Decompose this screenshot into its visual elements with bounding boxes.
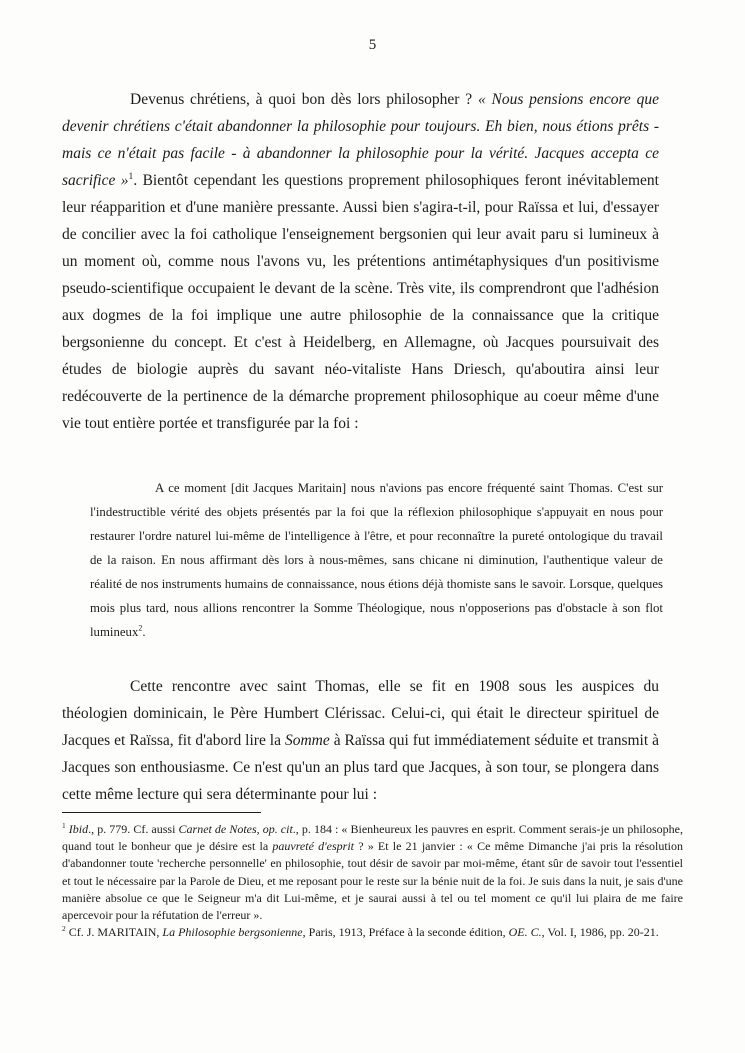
document-page: 5 Devenus chrétiens, à quoi bon dès lors… xyxy=(0,0,745,1053)
footnote-1: 1 Ibid., p. 779. Cf. aussi Carnet de Not… xyxy=(62,821,683,924)
text-segment: , Paris, 1913, Préface à la seconde édit… xyxy=(303,925,509,939)
text-segment: . Bientôt cependant les questions propre… xyxy=(62,172,659,432)
text-segment: A ce moment [dit Jacques Maritain] nous … xyxy=(90,481,663,639)
footnote-2: 2 Cf. J. MARITAIN, La Philosophie bergso… xyxy=(62,924,683,941)
text-segment: , Vol. I, 1986, pp. 20-21. xyxy=(542,925,659,939)
text-segment: . xyxy=(142,625,145,639)
paragraph-devenus-chretiens: Devenus chrétiens, à quoi bon dès lors p… xyxy=(62,86,659,437)
text-segment: Somme xyxy=(285,732,330,749)
text-segment: ., p. 779. Cf. aussi xyxy=(88,822,178,836)
text-segment: La Philosophie bergsonienne xyxy=(162,925,302,939)
page-number: 5 xyxy=(62,36,683,54)
paragraph-rencontre-thomas: Cette rencontre avec saint Thomas, elle … xyxy=(62,673,659,808)
text-segment: pauvreté d'esprit xyxy=(272,839,354,853)
text-segment: Cf. J. MARITAIN, xyxy=(66,925,163,939)
text-segment: Carnet de Notes, op. cit xyxy=(179,822,293,836)
blockquote-maritain: A ce moment [dit Jacques Maritain] nous … xyxy=(90,476,663,644)
footnote-separator xyxy=(62,812,261,813)
text-segment: Ibid xyxy=(69,822,88,836)
text-segment: Devenus chrétiens, à quoi bon dès lors p… xyxy=(130,91,478,108)
text-segment: OE. C. xyxy=(509,925,542,939)
footnotes-section: 1 Ibid., p. 779. Cf. aussi Carnet de Not… xyxy=(62,812,683,941)
